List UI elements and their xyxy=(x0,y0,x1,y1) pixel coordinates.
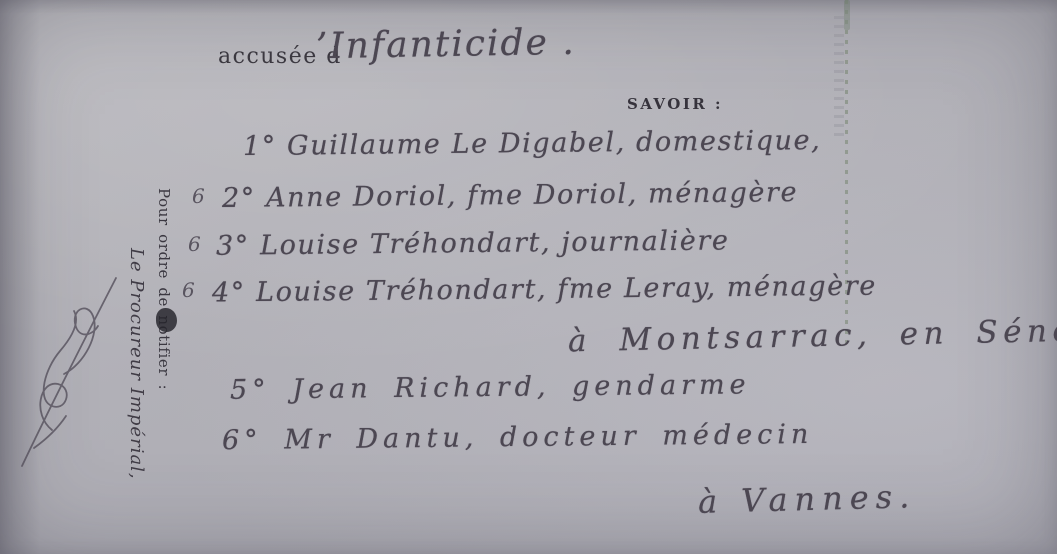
witness-location-line-2: à Vannes. xyxy=(698,477,917,521)
ink-blot xyxy=(156,308,177,332)
order-to-notify-text: Pour ordre de notifier : xyxy=(150,188,178,528)
savoir-heading: SAVOIR : xyxy=(627,95,723,113)
witness-line-5: 5° Jean Richard, gendarme xyxy=(230,369,751,405)
margin-tick-icon: 6 xyxy=(188,232,201,256)
cursive-signature-icon xyxy=(14,252,126,476)
witness-line-1: 1° Guillaume Le Digabel, domestique, xyxy=(243,125,822,162)
margin-tick-icon: 6 xyxy=(182,278,195,302)
procureur-imperial-title: Le Procureur Impérial, xyxy=(122,188,150,528)
document-photo: accusée d ’Infanticide . SAVOIR : 1° Gui… xyxy=(0,0,1057,554)
witness-line-3: 3° Louise Tréhondart, journalière xyxy=(216,225,730,261)
embossed-marks xyxy=(834,16,844,138)
witness-line-4: 4° Louise Tréhondart, fme Leray, ménagèr… xyxy=(212,271,877,309)
witness-location-line: à Montsarrac, en Séné xyxy=(568,313,1057,360)
margin-tick-icon: 6 xyxy=(192,184,205,208)
photo-top-shadow xyxy=(0,0,1057,14)
handwritten-charge: ’Infanticide . xyxy=(316,22,576,68)
rotated-margin-note: Pour ordre de notifier : Le Procureur Im… xyxy=(122,188,178,528)
witness-line-2: 2° Anne Doriol, fme Doriol, ménagère xyxy=(222,177,798,214)
witness-line-6: 6° Mr Dantu, docteur médecin xyxy=(222,419,814,456)
